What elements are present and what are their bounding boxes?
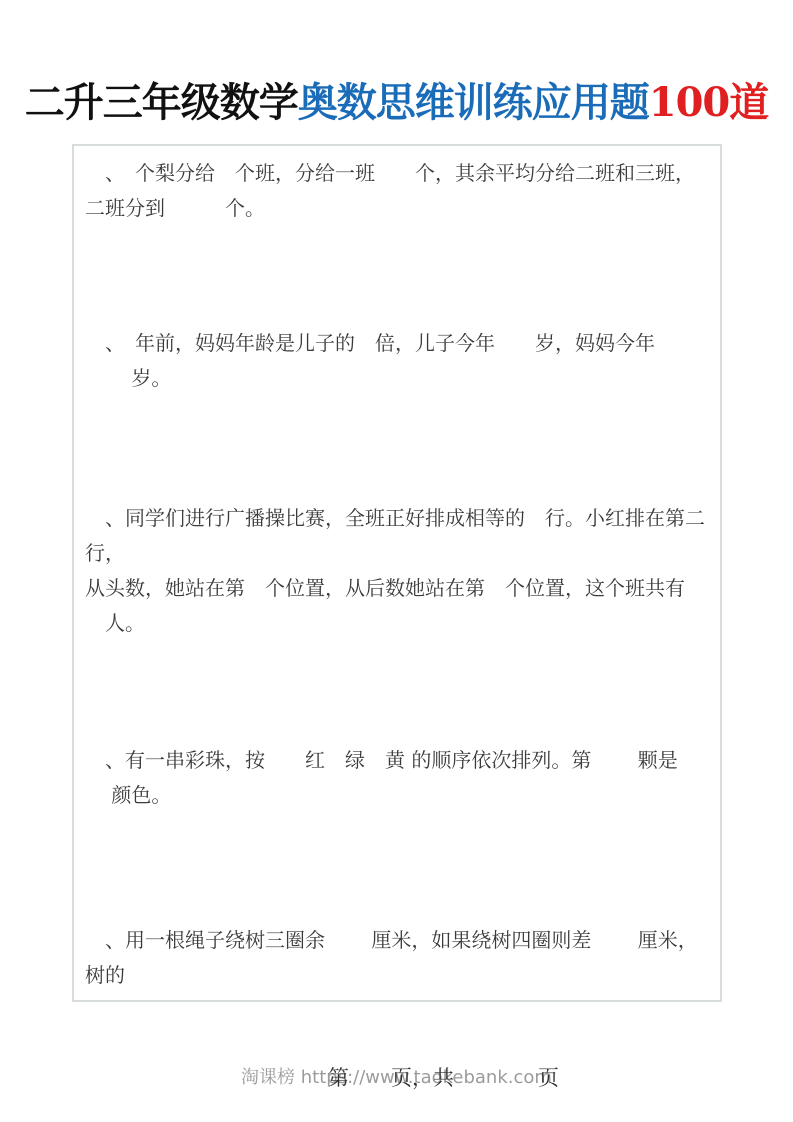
- problem-3-line-3: 人。: [85, 606, 709, 641]
- problem-4-line-1: 、有一串彩珠，按 红 绿 黄 的顺序依次排列。第 颗是: [85, 743, 709, 778]
- problem-2: 、 年前，妈妈年龄是儿子的 倍，儿子今年 岁，妈妈今年 岁。: [85, 326, 709, 396]
- title-segment-subject: 奥数思维训练应用题: [298, 79, 649, 126]
- problem-2-line-1: 、 年前，妈妈年龄是儿子的 倍，儿子今年 岁，妈妈今年: [85, 326, 709, 361]
- problem-5: 、用一根绳子绕树三圈余 厘米，如果绕树四圈则差 厘米，树的 周长有 厘米，绳子长…: [85, 923, 709, 1002]
- problem-5-line-1: 、用一根绳子绕树三圈余 厘米，如果绕树四圈则差 厘米，树的: [85, 923, 709, 993]
- problem-3: 、同学们进行广播操比赛，全班正好排成相等的 行。小红排在第二行， 从头数，她站在…: [85, 501, 709, 641]
- title-segment-count: 100道: [649, 79, 769, 126]
- problem-1-line-1: 、 个梨分给 个班，分给一班 个，其余平均分给二班和三班，: [85, 156, 709, 191]
- title-segment-grade: 二升三年级数学: [25, 79, 298, 126]
- problem-5-line-2: 周长有 厘米，绳子长 厘米。: [85, 993, 709, 1002]
- worksheet-page: 二升三年级数学奥数思维训练应用题100道 、 个梨分给 个班，分给一班 个，其余…: [0, 0, 793, 1122]
- page-number-label: 第 页，共 页: [328, 1063, 559, 1093]
- problem-2-line-2: 岁。: [85, 361, 709, 396]
- problem-4: 、有一串彩珠，按 红 绿 黄 的顺序依次排列。第 颗是 颜色。: [85, 743, 709, 813]
- problem-3-line-2: 从头数，她站在第 个位置，从后数她站在第 个位置，这个班共有: [85, 571, 709, 606]
- problems-box: 、 个梨分给 个班，分给一班 个，其余平均分给二班和三班， 二班分到 个。 、 …: [72, 144, 722, 1002]
- problem-1-line-2: 二班分到 个。: [85, 191, 709, 226]
- page-title: 二升三年级数学奥数思维训练应用题100道: [0, 75, 793, 131]
- problem-3-line-1: 、同学们进行广播操比赛，全班正好排成相等的 行。小红排在第二行，: [85, 501, 709, 571]
- problem-4-line-2: 颜色。: [85, 778, 709, 813]
- problem-1: 、 个梨分给 个班，分给一班 个，其余平均分给二班和三班， 二班分到 个。: [85, 156, 709, 226]
